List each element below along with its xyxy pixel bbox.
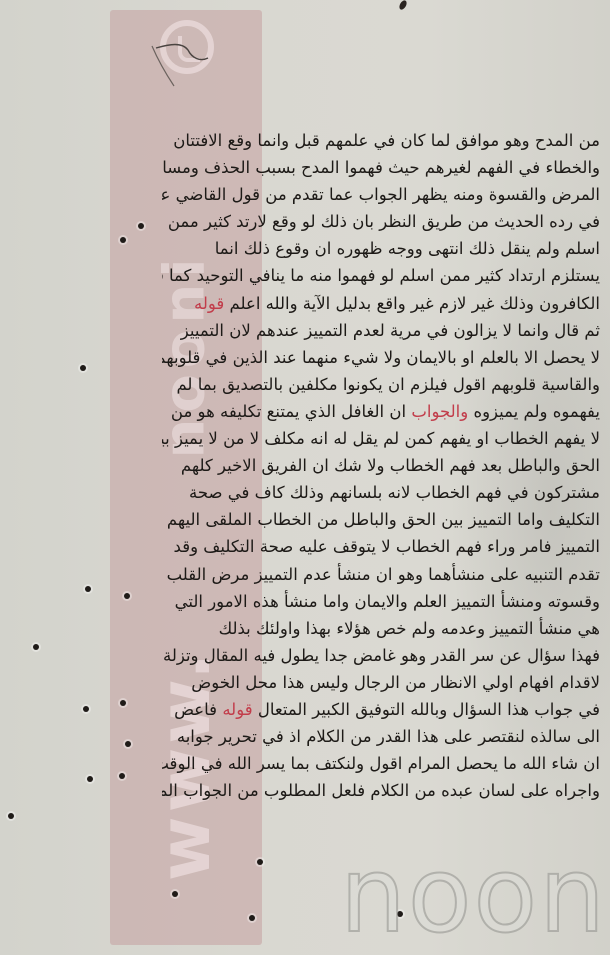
manuscript-line: يستلزم ارتداد كثير ممن اسلم لو فهموا منه… — [162, 262, 600, 289]
ink-dot — [125, 741, 131, 747]
manuscript-line: يفهموه ولم يميزوه والجواب ان الغافل الذي… — [162, 398, 600, 425]
manuscript-line: والخطاء في الفهم لغيرهم حيث فهموا المدح … — [162, 154, 600, 181]
line-text: الكافرون وذلك غير لازم غير واقع بدليل ال… — [224, 294, 600, 313]
manuscript-line: لا يحصل الا بالعلم او بالايمان ولا شيء م… — [162, 344, 600, 371]
manuscript-line: الحق والباطل بعد فهم الخطاب ولا شك ان ال… — [162, 452, 600, 479]
manuscript-line: واجراه على لسان عبده من الكلام فلعل المط… — [162, 777, 600, 804]
rubric-word: قوله — [222, 700, 252, 719]
manuscript-line: هي منشأ التمييز وعدمه ولم خص هؤلاء بهذا … — [162, 615, 600, 642]
ink-dot — [138, 223, 144, 229]
rubric-word: والجواب — [411, 402, 468, 421]
line-text: ان الغافل الذي يمتنع تكليفه هو من — [171, 402, 411, 421]
ink-dot — [124, 593, 130, 599]
manuscript-text: من المدح وهو موافق لما كان في علمهم قبل … — [162, 127, 600, 804]
line-text: في جواب هذا السؤال وبالله التوفيق الكبير… — [253, 700, 600, 719]
manuscript-line: تقدم التنبيه على منشأهما وهو ان منشأ عدم… — [162, 561, 600, 588]
ink-blot — [398, 0, 408, 11]
manuscript-page: nooni www. من المدح وهو موافق لما كان في… — [0, 0, 610, 955]
ink-dot — [172, 891, 178, 897]
rubric-word: قوله — [194, 294, 224, 313]
manuscript-line: لاقدام افهام اولي الانظار من الرجال وليس… — [162, 669, 600, 696]
manuscript-line: في جواب هذا السؤال وبالله التوفيق الكبير… — [162, 696, 600, 723]
manuscript-line: من المدح وهو موافق لما كان في علمهم قبل … — [162, 127, 600, 154]
manuscript-line: التمييز فامر وراء فهم الخطاب لا يتوقف عل… — [162, 533, 600, 560]
watermark-nooni: nooni — [340, 845, 610, 945]
ink-dot — [80, 365, 86, 371]
ink-dot — [120, 237, 126, 243]
manuscript-line: والقاسية قلوبهم اقول فيلزم ان يكونوا مكل… — [162, 371, 600, 398]
manuscript-line: الكافرون وذلك غير لازم غير واقع بدليل ال… — [162, 290, 600, 317]
manuscript-line: الى سالذه لنقتصر على هذا القدر من الكلام… — [162, 723, 600, 750]
manuscript-line: ثم قال وانما لا يزالون في مرية لعدم التم… — [162, 317, 600, 344]
ink-dot — [85, 586, 91, 592]
manuscript-line: اسلم ولم ينقل ذلك انتهى ووجه ظهوره ان وق… — [162, 235, 600, 262]
manuscript-line: لا يفهم الخطاب او يفهم كمن لم يقل له انه… — [162, 425, 600, 452]
manuscript-line: مشتركون في فهم الخطاب لانه بلسانهم وذلك … — [162, 479, 600, 506]
ink-dot — [249, 915, 255, 921]
line-text: فاعض — [174, 700, 222, 719]
manuscript-line: المرض والقسوة ومنه يظهر الجواب عما تقدم … — [162, 181, 600, 208]
ink-dot — [87, 776, 93, 782]
manuscript-line: ان شاء الله ما يحصل المرام اقول ولنكتف ب… — [162, 750, 600, 777]
ink-dot — [83, 706, 89, 712]
ink-dot — [257, 859, 263, 865]
ink-dot — [8, 813, 14, 819]
manuscript-line: التكليف واما التمييز بين الحق والباطل من… — [162, 506, 600, 533]
manuscript-line: في رده الحديث من طريق النظر بان ذلك لو و… — [162, 208, 600, 235]
manuscript-line: فهذا سؤال عن سر القدر وهو غامض جدا يطول … — [162, 642, 600, 669]
line-text: يفهموه ولم يميزوه — [468, 402, 600, 421]
pen-stroke-icon — [148, 40, 218, 90]
ink-dot — [33, 644, 39, 650]
ink-dot — [120, 700, 126, 706]
manuscript-line: وقسوته ومنشأ التمييز العلم والايمان واما… — [162, 588, 600, 615]
ink-dot — [119, 773, 125, 779]
